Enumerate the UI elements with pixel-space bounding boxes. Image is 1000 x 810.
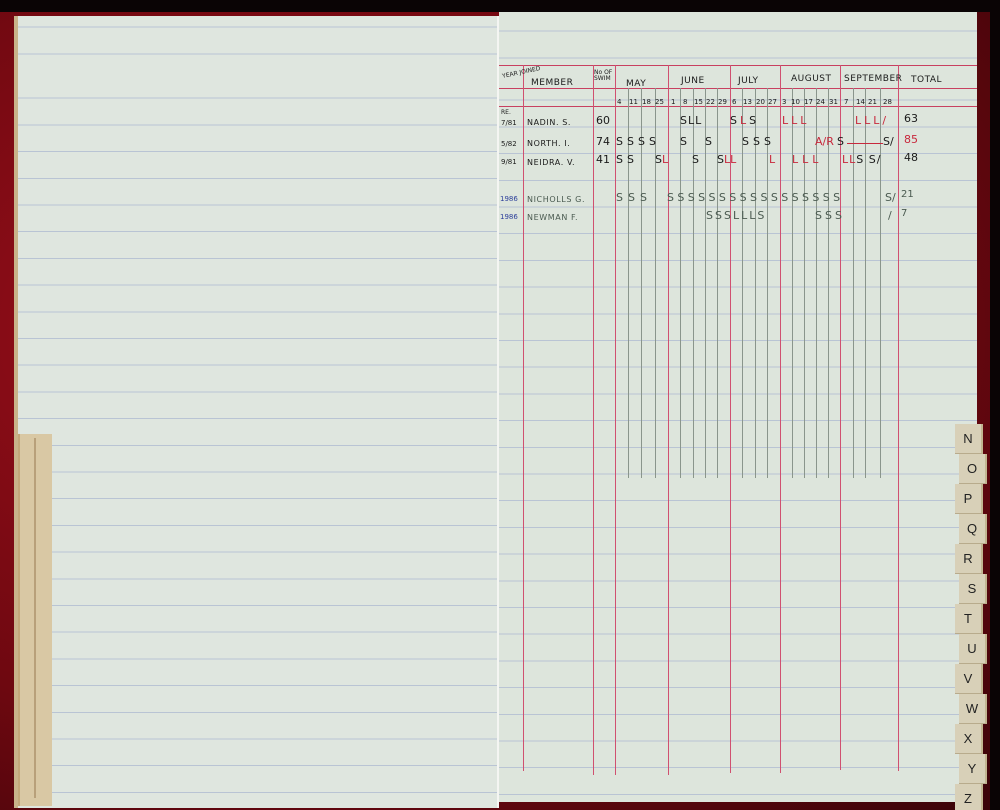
row-mark: SSS xyxy=(815,209,845,222)
row-swim-no: 60 xyxy=(596,114,610,127)
index-tab-u[interactable]: U xyxy=(959,634,987,664)
index-tab-o[interactable]: O xyxy=(959,454,987,484)
date: 22 xyxy=(706,98,715,106)
col-rule-joined xyxy=(523,65,524,771)
row-mark: SSSLLLS xyxy=(706,209,766,222)
index-tab-r[interactable]: R xyxy=(955,544,983,574)
date: 31 xyxy=(829,98,838,106)
date: 17 xyxy=(804,98,813,106)
header-member: MEMBER xyxy=(531,78,573,88)
index-tab-s[interactable]: S xyxy=(959,574,987,604)
index-tab-n[interactable]: N xyxy=(955,424,983,454)
row-mark: SS xyxy=(616,153,638,166)
row-mark: S xyxy=(837,135,844,148)
date: 25 xyxy=(655,98,664,106)
row-total: 7 xyxy=(901,208,907,219)
date: 8 xyxy=(683,98,687,106)
header-month-june: JUNE xyxy=(681,76,705,86)
row-total: 63 xyxy=(904,112,918,125)
row-mark: LLS S/ xyxy=(842,153,881,166)
date: 20 xyxy=(756,98,765,106)
row-total: 48 xyxy=(904,151,918,164)
row-mark: LLL xyxy=(782,114,809,127)
pencil-rule xyxy=(865,88,866,478)
row-annotation: A/R xyxy=(815,135,834,148)
col-rule-august xyxy=(840,65,841,770)
row-member: NEIDRA. V. xyxy=(527,158,575,167)
row-mark: SLL xyxy=(717,153,736,166)
header-month-may: MAY xyxy=(626,79,646,89)
row-mark: SSSS xyxy=(616,135,660,148)
row-member: NADIN. S. xyxy=(527,118,571,127)
header-bottom-rule xyxy=(499,106,977,107)
pencil-rule xyxy=(792,88,793,478)
row-mark: LLL/ xyxy=(855,114,889,127)
row-mark: S xyxy=(680,135,687,148)
row-mark: SSSSSSSSSSSSSSSSS xyxy=(667,191,844,204)
col-rule-swim xyxy=(615,65,616,775)
row-swim-no: 41 xyxy=(596,153,610,166)
col-rule-september xyxy=(898,65,899,771)
strike-line xyxy=(847,143,883,144)
strip-groove xyxy=(34,438,36,798)
row-mark: SSS xyxy=(742,135,775,148)
pencil-rule xyxy=(880,88,881,478)
date: 29 xyxy=(718,98,727,106)
pencil-rule xyxy=(853,88,854,478)
date: 28 xyxy=(883,98,892,106)
col-rule-member xyxy=(593,65,594,775)
pencil-rule xyxy=(693,88,694,478)
left-index-strip xyxy=(18,434,52,806)
index-tab-p[interactable]: P xyxy=(955,484,983,514)
header-month-july: JULY xyxy=(738,76,759,86)
row-mark: L xyxy=(769,153,775,166)
index-tab-w[interactable]: W xyxy=(959,694,987,724)
date: 3 xyxy=(782,98,786,106)
header-month-september: SEPTEMBER xyxy=(844,74,902,84)
row-joined: 5/82 xyxy=(501,140,517,148)
index-tab-v[interactable]: V xyxy=(955,664,983,694)
row-joined: 7/81 xyxy=(501,119,517,127)
left-page-blank xyxy=(14,16,498,808)
date: 18 xyxy=(642,98,651,106)
date: 15 xyxy=(694,98,703,106)
col-rule-june xyxy=(730,65,731,773)
pencil-rule xyxy=(804,88,805,478)
row-mark: S xyxy=(692,153,699,166)
date: 21 xyxy=(868,98,877,106)
row-total: 85 xyxy=(904,133,918,146)
header-month-august: AUGUST xyxy=(791,74,832,84)
index-tab-x[interactable]: X xyxy=(955,724,983,754)
alphabet-index-tabs: N O P Q R S T U V W X Y Z xyxy=(953,424,983,810)
row-total: 21 xyxy=(901,189,914,200)
row-joined: 1986 xyxy=(500,195,518,203)
date: 7 xyxy=(844,98,848,106)
row-mark: / xyxy=(888,209,892,222)
row-mark: S/ xyxy=(885,191,896,204)
row-mark: SLL xyxy=(680,114,702,127)
pencil-rule xyxy=(717,88,718,478)
header-top-rule xyxy=(499,65,977,66)
col-rule-july xyxy=(780,65,781,773)
index-tab-z[interactable]: Z xyxy=(955,784,983,810)
date: 14 xyxy=(856,98,865,106)
row-mark: SL xyxy=(655,153,668,166)
date: 24 xyxy=(816,98,825,106)
date: 4 xyxy=(617,98,621,106)
row-joined: 1986 xyxy=(500,213,518,221)
row-mark: S xyxy=(705,135,712,148)
col-rule-may xyxy=(668,65,669,775)
row-joined: 9/81 xyxy=(501,158,517,166)
right-page-register: YEAR JOINED MEMBER No OF SWIM MAY JUNE J… xyxy=(499,12,977,802)
header-mid-rule xyxy=(499,88,977,89)
row-mark: SSS xyxy=(616,191,652,204)
date: 13 xyxy=(743,98,752,106)
index-tab-q[interactable]: Q xyxy=(959,514,987,544)
index-tab-t[interactable]: T xyxy=(955,604,983,634)
row-swim-no: 74 xyxy=(596,135,610,148)
date: 27 xyxy=(768,98,777,106)
header-no-of-swim: No OF SWIM xyxy=(594,70,614,82)
row-mark: S/ xyxy=(883,135,894,148)
row-mark: LLL xyxy=(792,153,822,166)
date: 11 xyxy=(629,98,638,106)
date: 1 xyxy=(671,98,675,106)
date: 10 xyxy=(791,98,800,106)
header-total: TOTAL xyxy=(911,75,942,85)
date: 6 xyxy=(732,98,736,106)
row-joined-prefix: RE. xyxy=(501,110,511,116)
row-member: NEWMAN F. xyxy=(527,213,578,222)
row-member: NORTH. I. xyxy=(527,139,570,148)
row-mark: SLS xyxy=(730,114,759,127)
row-member: NICHOLLS G. xyxy=(527,195,585,204)
index-tab-y[interactable]: Y xyxy=(959,754,987,784)
